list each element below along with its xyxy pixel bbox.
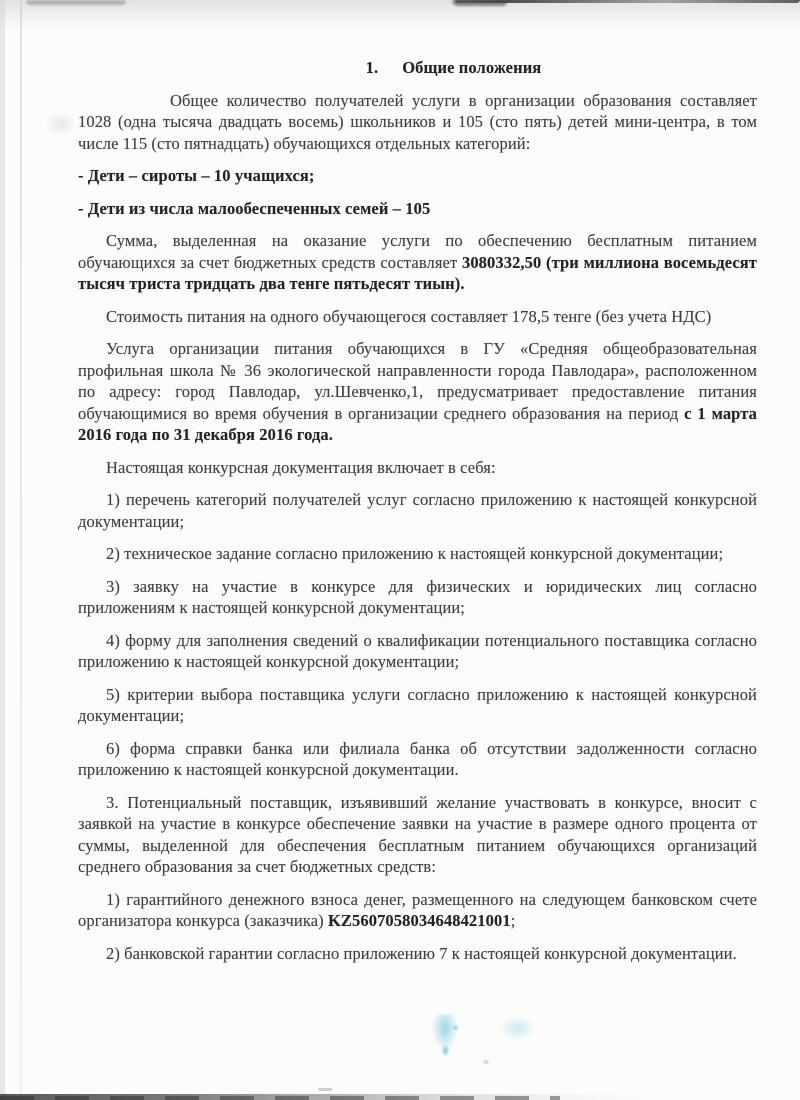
bullet-orphans: - Дети – сироты – 10 учащихся; [78, 165, 757, 187]
text-segment: 1) перечень категорий получателей услуг … [78, 490, 757, 531]
scan-bottom-edge [0, 1094, 800, 1100]
text-segment: 5) критерии выбора поставщика услуги сог… [78, 685, 757, 726]
section-title: 1.Общие положения [78, 57, 757, 79]
text-segment: 2) банковской гарантии согласно приложен… [106, 944, 737, 963]
text-segment: Стоимость питания на одного обучающегося… [106, 307, 711, 326]
stamp-ink-smudge [432, 1014, 458, 1050]
list-item-5-selection-criteria: 5) критерии выбора поставщика услуги сог… [78, 684, 757, 727]
text-segment-bold: - Дети – сироты – 10 учащихся; [78, 166, 315, 185]
scan-left-fold-line [20, 0, 22, 1100]
scan-smudge [46, 112, 76, 136]
text-segment: 4) форму для заполнения сведений о квали… [78, 631, 757, 672]
stamp-ink-dot [441, 1044, 450, 1057]
paragraph-allocated-sum: Сумма, выделенная на оказание услуги по … [78, 230, 757, 295]
paragraph-meal-cost: Стоимость питания на одного обучающегося… [78, 306, 757, 328]
scan-top-shadow [0, 0, 800, 30]
text-segment: 3) заявку на участие в конкурсе для физи… [78, 577, 757, 618]
list-item-1-categories: 1) перечень категорий получателей услуг … [78, 489, 757, 532]
scan-bottom-edge-dashes [0, 1096, 560, 1100]
text-segment: ; [511, 911, 516, 930]
list-item-bank-guarantee: 2) банковской гарантии согласно приложен… [78, 943, 757, 965]
scan-speck [483, 1060, 489, 1064]
stamp-ink-dot [452, 1024, 459, 1031]
scan-top-right-edge [455, 0, 800, 3]
scanned-page: 1.Общие положенияОбщее количество получа… [0, 0, 800, 1100]
list-item-guarantee-deposit: 1) гарантийного денежного взноса денег, … [78, 889, 757, 932]
text-segment: Настоящая конкурсная документация включа… [106, 458, 496, 477]
paragraph-supplier-security: 3. Потенциальный поставщик, изъявивший ж… [78, 792, 757, 878]
bullet-low-income-families: - Дети из числа малообеспеченных семей –… [78, 198, 757, 220]
text-segment: Общее количество получателей услуги в ор… [78, 91, 757, 153]
paragraph-docs-include: Настоящая конкурсная документация включа… [78, 457, 757, 479]
text-segment-bold: KZ5607058034648421001 [328, 911, 511, 930]
scan-top-left-edge [26, 0, 126, 5]
stamp-ink-smudge [500, 1016, 536, 1040]
scan-top-edge-mark [452, 0, 508, 6]
scan-speck [318, 1088, 332, 1091]
list-item-2-technical-task: 2) техническое задание согласно приложен… [78, 543, 757, 565]
text-segment-bold: Общие положения [402, 58, 541, 77]
text-segment: 2) техническое задание согласно приложен… [106, 544, 723, 563]
document-body: 1.Общие положенияОбщее количество получа… [78, 57, 757, 964]
scan-left-edge [0, 0, 5, 1100]
paragraph-service-description: Услуга организации питания обучающихся в… [78, 338, 757, 446]
text-segment: Услуга организации питания обучающихся в… [78, 339, 757, 423]
paragraph-recipients-count: Общее количество получателей услуги в ор… [78, 90, 757, 155]
text-segment-bold: 1. [366, 58, 379, 77]
text-segment: 6) форма справки банка или филиала банка… [78, 739, 757, 780]
list-item-4-qualification-form: 4) форму для заполнения сведений о квали… [78, 630, 757, 673]
text-segment-bold: - Дети из числа малообеспеченных семей –… [78, 199, 430, 218]
text-segment: 3. Потенциальный поставщик, изъявивший ж… [78, 793, 757, 877]
list-item-3-application: 3) заявку на участие в конкурсе для физи… [78, 576, 757, 619]
list-item-6-bank-certificate: 6) форма справки банка или филиала банка… [78, 738, 757, 781]
